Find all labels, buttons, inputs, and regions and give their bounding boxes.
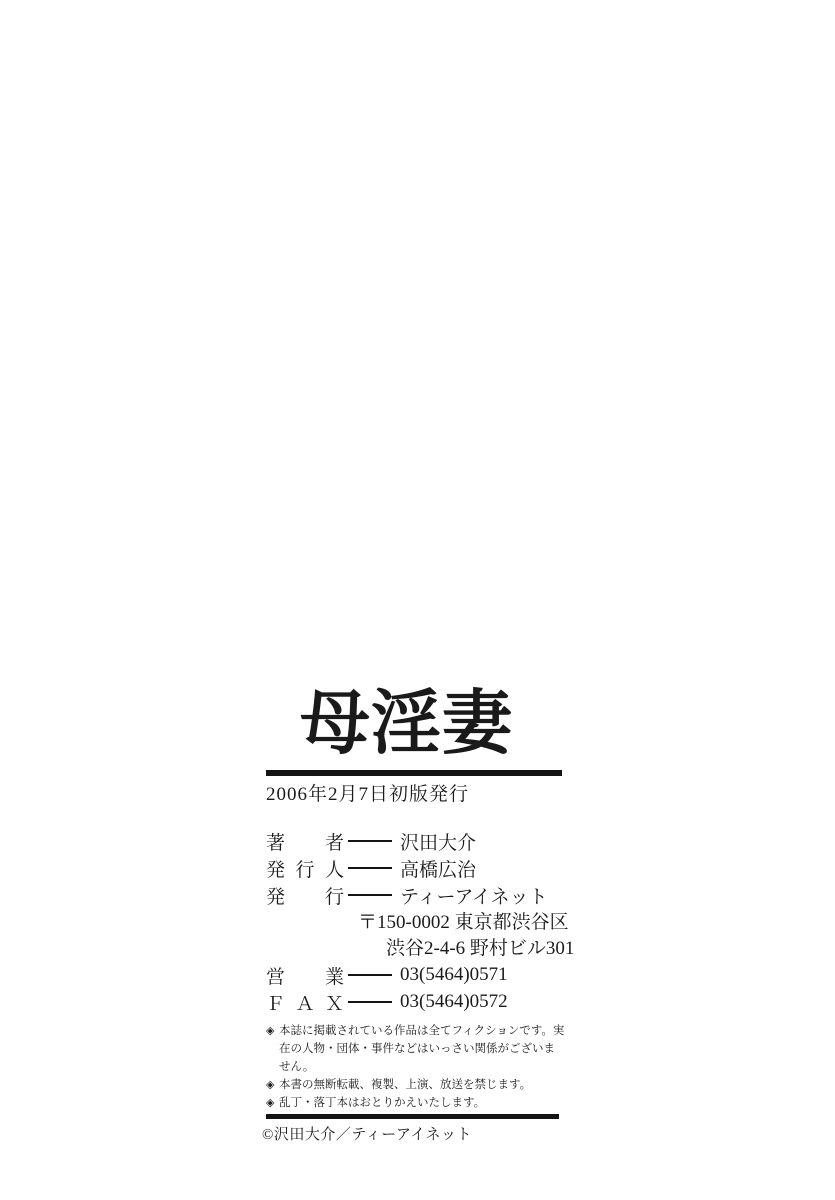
- copyright-line: ©沢田大介／ティーアイネット: [262, 1126, 568, 1144]
- contact-rows: 営 業 03(5464)0571 ＦＡＸ 03(5464)0572: [266, 965, 568, 1012]
- title-divider-rule: [266, 770, 562, 776]
- publisher-person-label: 発行人: [266, 855, 344, 882]
- diamond-bullet-icon: ◈: [266, 1022, 274, 1040]
- diamond-bullet-icon: ◈: [266, 1076, 274, 1094]
- footer-divider-rule: [266, 1114, 559, 1119]
- author-name: 沢田大介: [400, 828, 476, 855]
- fax-number: 03(5464)0572: [400, 991, 508, 1013]
- sales-phone-number: 03(5464)0571: [400, 964, 508, 986]
- long-dash: [348, 867, 392, 869]
- note-text: 本誌に掲載されている作品は全てフィクションです。実在の人物・団体・事件などはいっ…: [279, 1025, 564, 1073]
- edition-date-line: 2006年2月7日初版発行: [266, 785, 568, 805]
- colophon-page: 母淫妻 2006年2月7日初版発行 著 者 沢田大介 発行人 高橋広治 発 行 …: [0, 0, 835, 1200]
- publisher-address: 〒150-0002 東京都渋谷区 渋谷2-4-6 野村ビル301: [266, 913, 568, 959]
- note-fiction-disclaimer: ◈ 本誌に掲載されている作品は全てフィクションです。実在の人物・団体・事件などは…: [266, 1022, 566, 1076]
- sales-phone-row: 営 業 03(5464)0571: [266, 965, 568, 985]
- publisher-name: ティーアイネット: [400, 882, 548, 909]
- long-dash: [348, 840, 392, 842]
- book-title: 母淫妻: [300, 688, 568, 762]
- fax-row: ＦＡＸ 03(5464)0572: [266, 992, 568, 1012]
- author-row: 著 者 沢田大介: [266, 831, 568, 851]
- publisher-person-row: 発行人 高橋広治: [266, 858, 568, 878]
- publisher-person-name: 高橋広治: [400, 855, 476, 882]
- sales-label: 営 業: [266, 962, 344, 989]
- address-line-postal: 〒150-0002 東京都渋谷区: [358, 913, 568, 933]
- note-reproduction-prohibited: ◈ 本書の無断転載、複製、上演、放送を禁じます。: [266, 1076, 566, 1094]
- fax-label: ＦＡＸ: [266, 989, 344, 1016]
- legal-notes: ◈ 本誌に掲載されている作品は全てフィクションです。実在の人物・団体・事件などは…: [266, 1022, 566, 1112]
- diamond-bullet-icon: ◈: [266, 1094, 274, 1112]
- long-dash: [348, 1001, 392, 1003]
- note-text: 本書の無断転載、複製、上演、放送を禁じます。: [279, 1079, 531, 1091]
- note-text: 乱丁・落丁本はおとりかえいたします。: [279, 1097, 485, 1109]
- address-line-street: 渋谷2-4-6 野村ビル301: [386, 939, 568, 959]
- note-defective-copies: ◈ 乱丁・落丁本はおとりかえいたします。: [266, 1094, 566, 1112]
- long-dash: [348, 894, 392, 896]
- author-label: 著 者: [266, 828, 344, 855]
- long-dash: [348, 974, 392, 976]
- publication-info-rows: 著 者 沢田大介 発行人 高橋広治 発 行 ティーアイネット: [266, 831, 568, 905]
- publisher-label: 発 行: [266, 882, 344, 909]
- publisher-row: 発 行 ティーアイネット: [266, 885, 568, 905]
- colophon-block: 母淫妻 2006年2月7日初版発行 著 者 沢田大介 発行人 高橋広治 発 行 …: [266, 688, 568, 1144]
